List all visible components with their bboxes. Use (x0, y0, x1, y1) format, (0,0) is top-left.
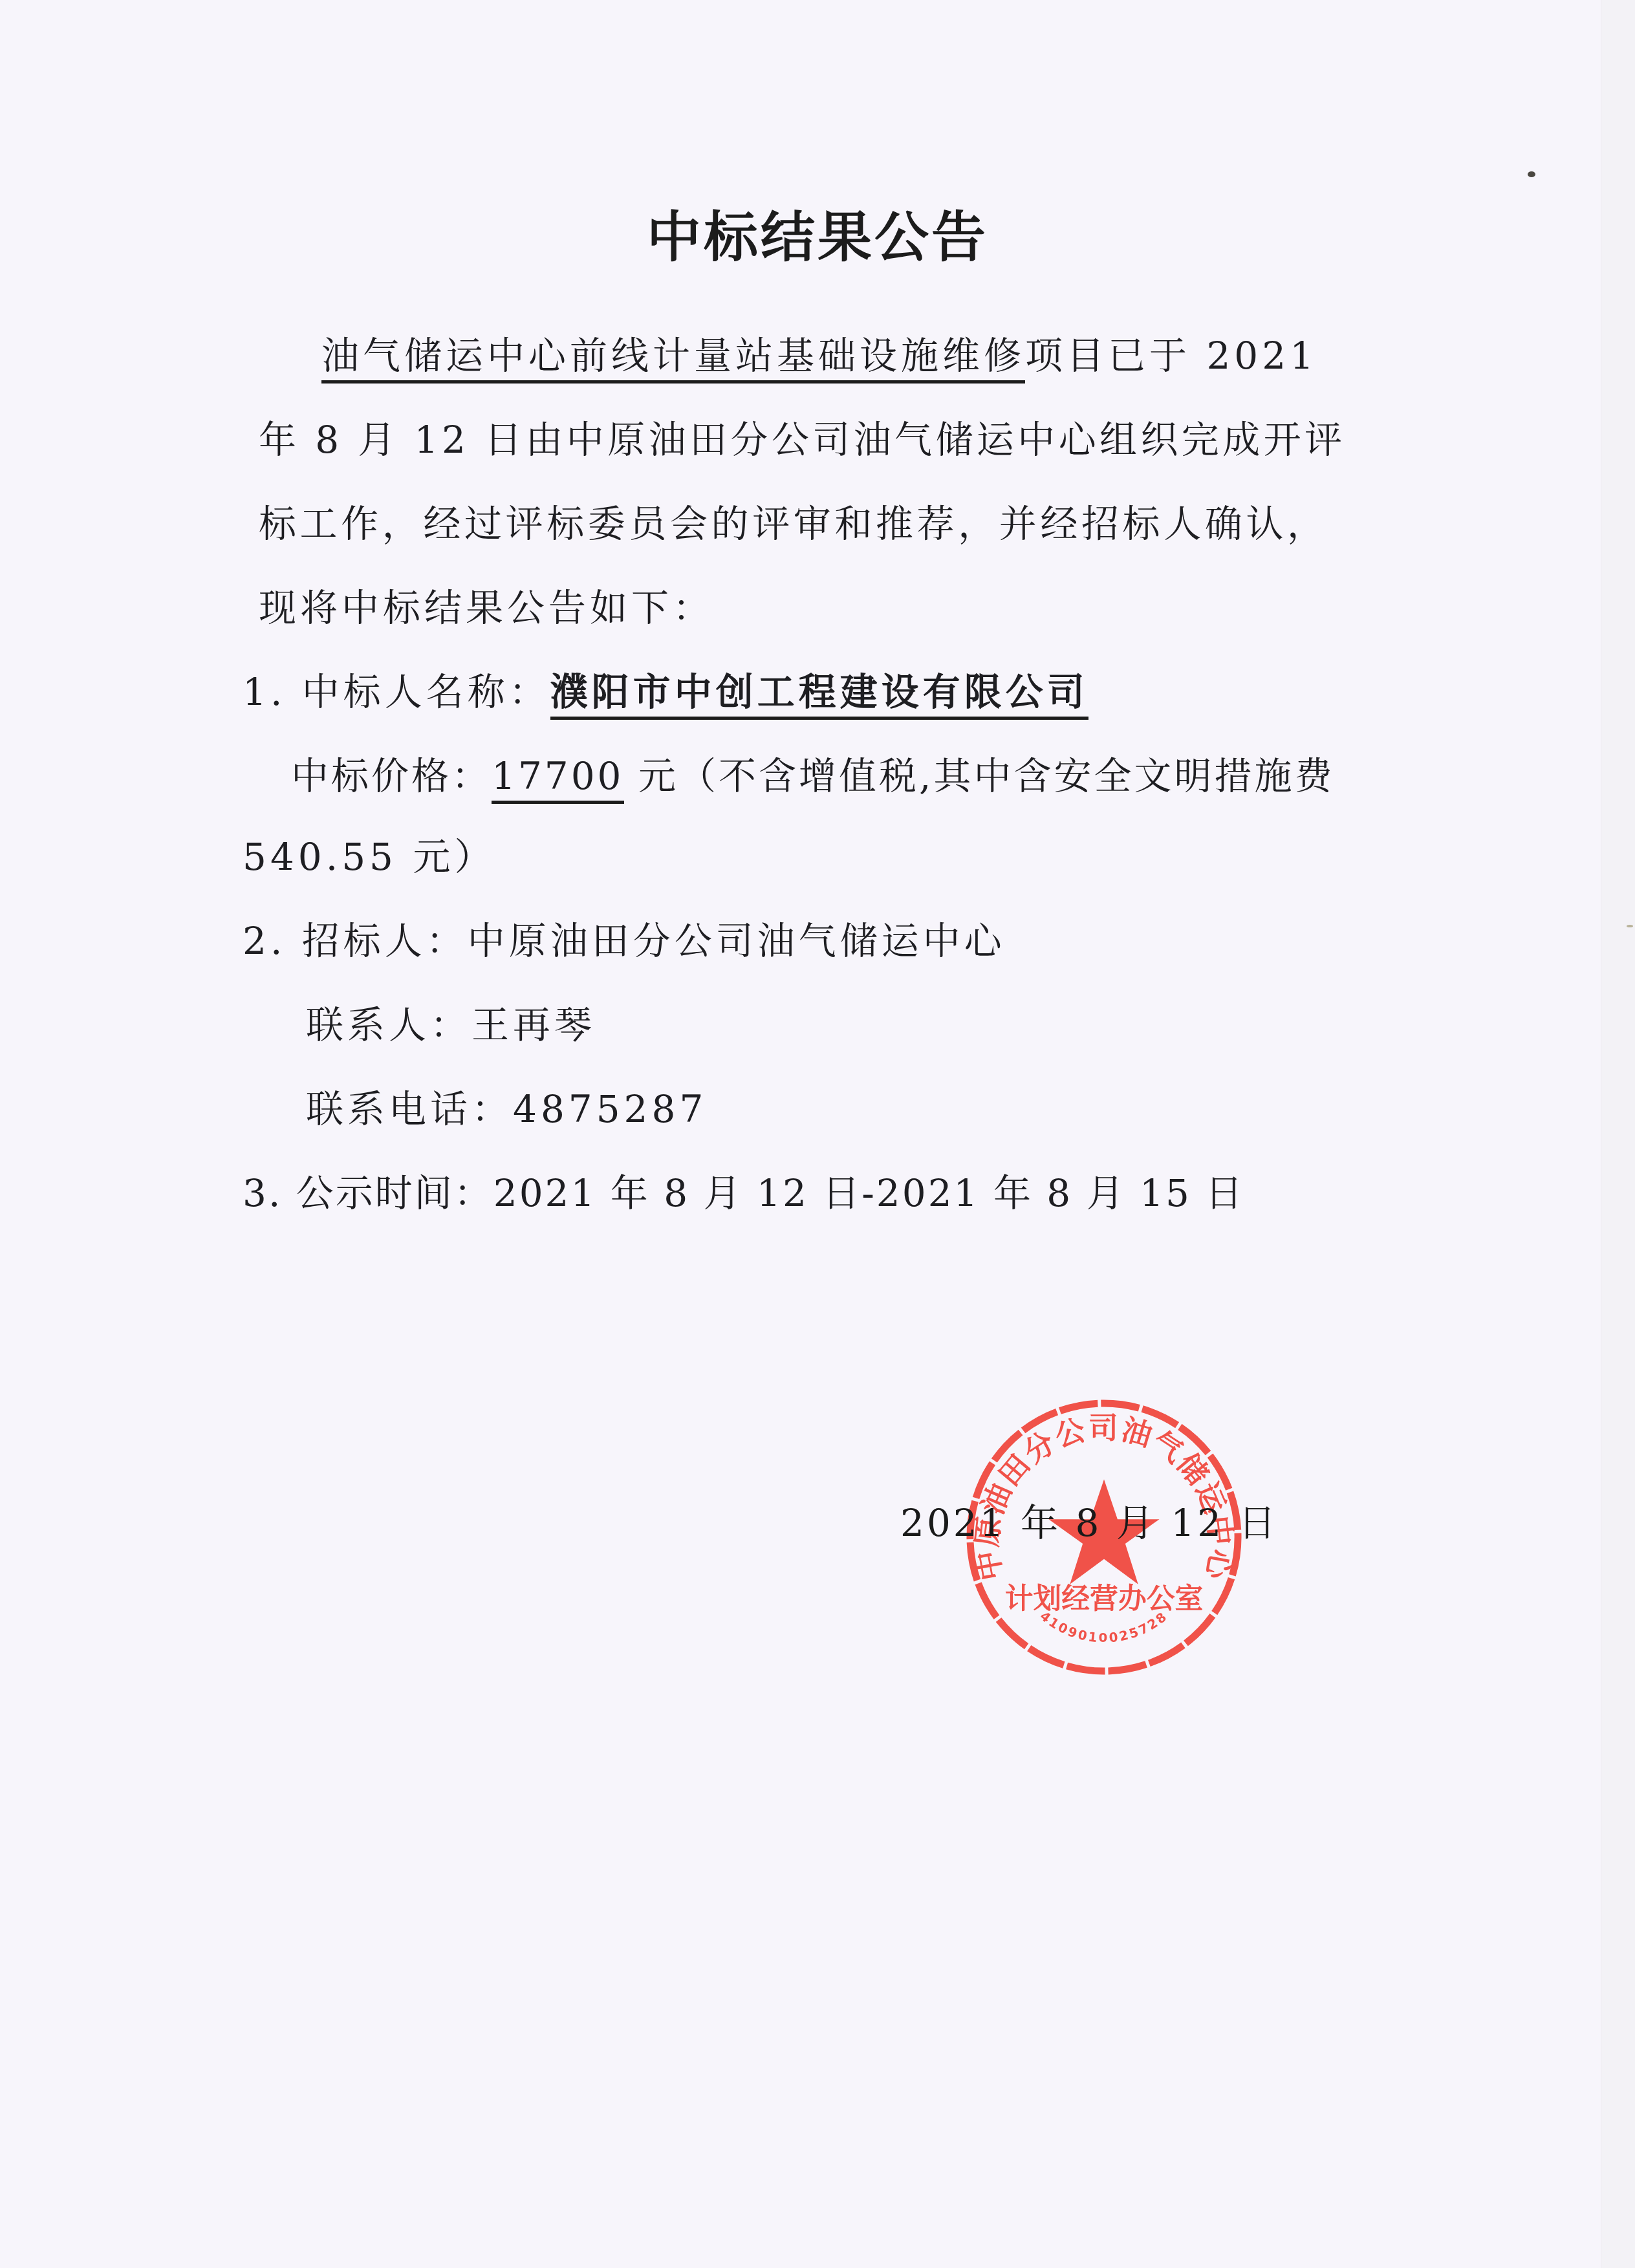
winner-label: 1. 中标人名称： (243, 670, 550, 714)
tenderer-label: 2. 招标人： (243, 919, 468, 963)
signature-date: 2021 年 8 月 12 日 (900, 1500, 1279, 1546)
price-line: 中标价格：17700 元（不含增值税,其中含安全文明措施费 (291, 753, 1334, 799)
phone-number: 4875287 (513, 1087, 707, 1131)
scan-speck (1528, 171, 1535, 177)
winner-line: 1. 中标人名称：濮阳市中创工程建设有限公司 (243, 669, 1088, 715)
publicity-period: 2021 年 8 月 12 日-2021 年 8 月 15 日 (493, 1171, 1245, 1215)
tenderer-name: 中原油田分公司油气储运中心 (468, 919, 1006, 963)
intro-line-2: 年 8 月 12 日由中原油田分公司油气储运中心组织完成开评 (259, 417, 1345, 462)
publicity-line: 3. 公示时间：2021 年 8 月 12 日-2021 年 8 月 15 日 (243, 1171, 1244, 1216)
price-note: 元（不含增值税,其中含安全文明措施费 (624, 754, 1335, 798)
intro-line-3: 标工作，经过评标委员会的评审和推荐，并经招标人确认， (259, 501, 1328, 546)
seal-inner-text: 计划经营办公室 (1005, 1582, 1204, 1615)
page-title: 中标结果公告 (0, 194, 1635, 272)
intro-line-1: 油气储运中心前线计量站基础设施维修项目已于 2021 (321, 333, 1317, 378)
scan-page-edge (1601, 0, 1635, 2268)
winner-name: 濮阳市中创工程建设有限公司 (550, 670, 1088, 720)
contact-name: 王再琴 (471, 1003, 596, 1047)
intro-text: 项目已于 2021 (1025, 334, 1317, 378)
price-label: 中标价格： (291, 754, 492, 798)
tenderer-line: 2. 招标人：中原油田分公司油气储运中心 (243, 918, 1006, 964)
contact-line: 联系人：王再琴 (306, 1002, 596, 1048)
contact-label: 联系人： (306, 1003, 471, 1047)
phone-label: 联系电话： (306, 1087, 513, 1131)
price-line-cont: 540.55 元） (243, 834, 495, 880)
intro-line-4: 现将中标结果公告如下： (259, 585, 714, 631)
project-name: 油气储运中心前线计量站基础设施维修 (321, 334, 1025, 383)
phone-line: 联系电话：4875287 (306, 1086, 707, 1132)
publicity-label: 3. 公示时间： (243, 1171, 493, 1215)
scan-speck (1627, 925, 1633, 927)
price-value: 17700 (492, 754, 624, 804)
